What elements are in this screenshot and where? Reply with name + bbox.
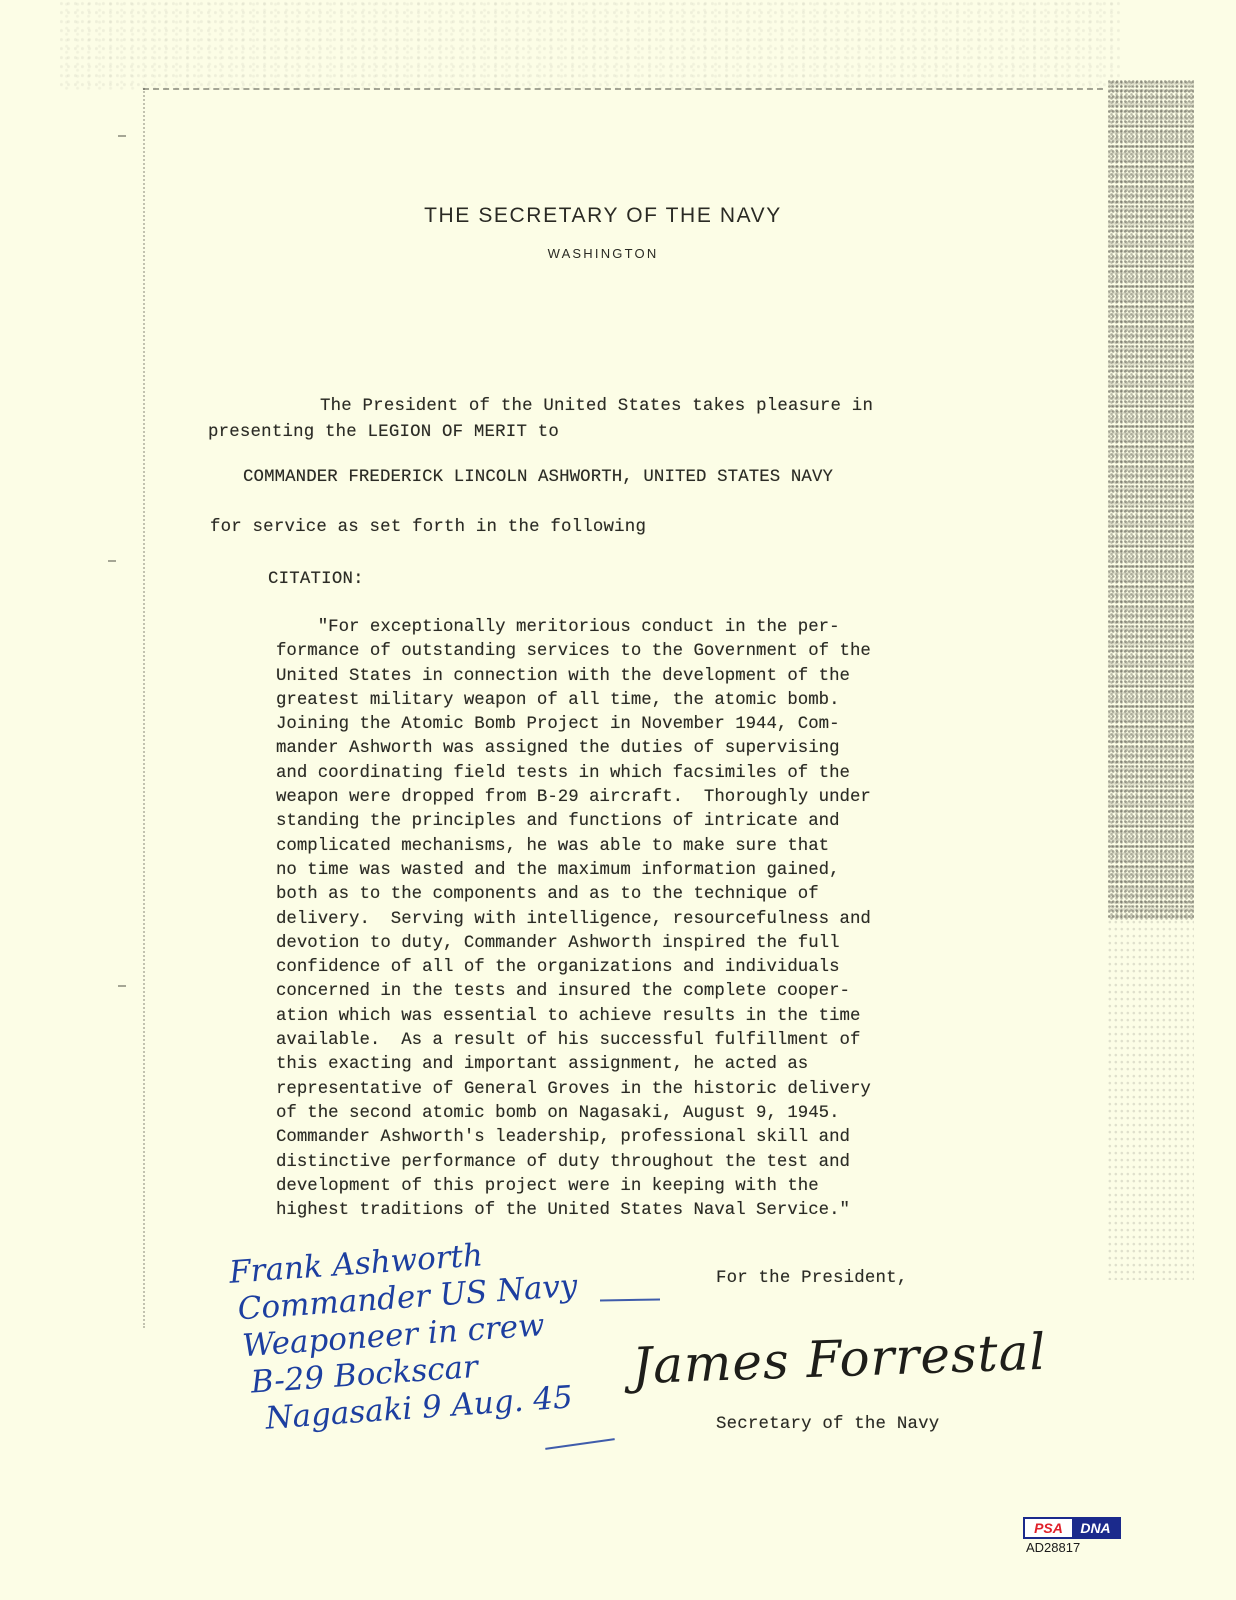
handwritten-inscription: Frank Ashworth Commander US Navy Weapone…: [228, 1231, 586, 1440]
intro-line-2: presenting the LEGION OF MERIT to: [208, 423, 559, 442]
citation-line: United States in connection with the dev…: [276, 665, 871, 689]
margin-mark: [118, 135, 126, 137]
page-edge-left: [143, 88, 145, 1328]
citation-body: "For exceptionally meritorious conduct i…: [276, 616, 871, 1223]
citation-line: Joining the Atomic Bomb Project in Novem…: [276, 713, 871, 737]
page-edge-top: [143, 88, 1103, 90]
recipient-name: COMMANDER FREDERICK LINCOLN ASHWORTH, UN…: [243, 468, 833, 487]
citation-line: greatest military weapon of all time, th…: [276, 689, 871, 713]
citation-line: of the second atomic bomb on Nagasaki, A…: [276, 1102, 871, 1126]
psa-logo-text: PSA: [1025, 1519, 1072, 1537]
dna-logo-text: DNA: [1072, 1519, 1119, 1537]
citation-line: mander Ashworth was assigned the duties …: [276, 737, 871, 761]
citation-line: delivery. Serving with intelligence, res…: [276, 908, 871, 932]
citation-line: formance of outstanding services to the …: [276, 640, 871, 664]
citation-line: development of this project were in keep…: [276, 1175, 871, 1199]
scan-noise-top: [60, 0, 1120, 90]
citation-line: Commander Ashworth's leadership, profess…: [276, 1126, 871, 1150]
service-line: for service as set forth in the followin…: [210, 518, 646, 537]
citation-line: and coordinating field tests in which fa…: [276, 762, 871, 786]
citation-line: "For exceptionally meritorious conduct i…: [276, 616, 871, 640]
citation-line: devotion to duty, Commander Ashworth ins…: [276, 932, 871, 956]
citation-line: confidence of all of the organizations a…: [276, 956, 871, 980]
citation-line: weapon were dropped from B-29 aircraft. …: [276, 786, 871, 810]
citation-line: ation which was essential to achieve res…: [276, 1005, 871, 1029]
citation-line: no time was wasted and the maximum infor…: [276, 859, 871, 883]
intro-line-1: The President of the United States takes…: [320, 397, 873, 416]
psa-dna-logo: PSA DNA: [1023, 1517, 1121, 1539]
signer-title: Secretary of the Navy: [716, 1415, 939, 1434]
citation-line: both as to the components and as to the …: [276, 883, 871, 907]
citation-line: representative of General Groves in the …: [276, 1078, 871, 1102]
citation-line: standing the principles and functions of…: [276, 810, 871, 834]
citation-line: highest traditions of the United States …: [276, 1199, 871, 1223]
citation-line: available. As a result of his successful…: [276, 1029, 871, 1053]
certification-number: AD28817: [1026, 1540, 1080, 1555]
margin-mark: [118, 985, 126, 987]
citation-line: concerned in the tests and insured the c…: [276, 980, 871, 1004]
margin-mark: [108, 560, 116, 562]
citation-label: CITATION:: [268, 570, 364, 589]
letterhead-city: WASHINGTON: [0, 246, 1221, 261]
citation-line: complicated mechanisms, he was able to m…: [276, 835, 871, 859]
for-the-president: For the President,: [716, 1269, 907, 1288]
scan-noise-right-lower: [1108, 920, 1194, 1280]
citation-line: this exacting and important assignment, …: [276, 1053, 871, 1077]
citation-line: distinctive performance of duty througho…: [276, 1151, 871, 1175]
letterhead-title: THE SECRETARY OF THE NAVY: [0, 204, 1221, 228]
